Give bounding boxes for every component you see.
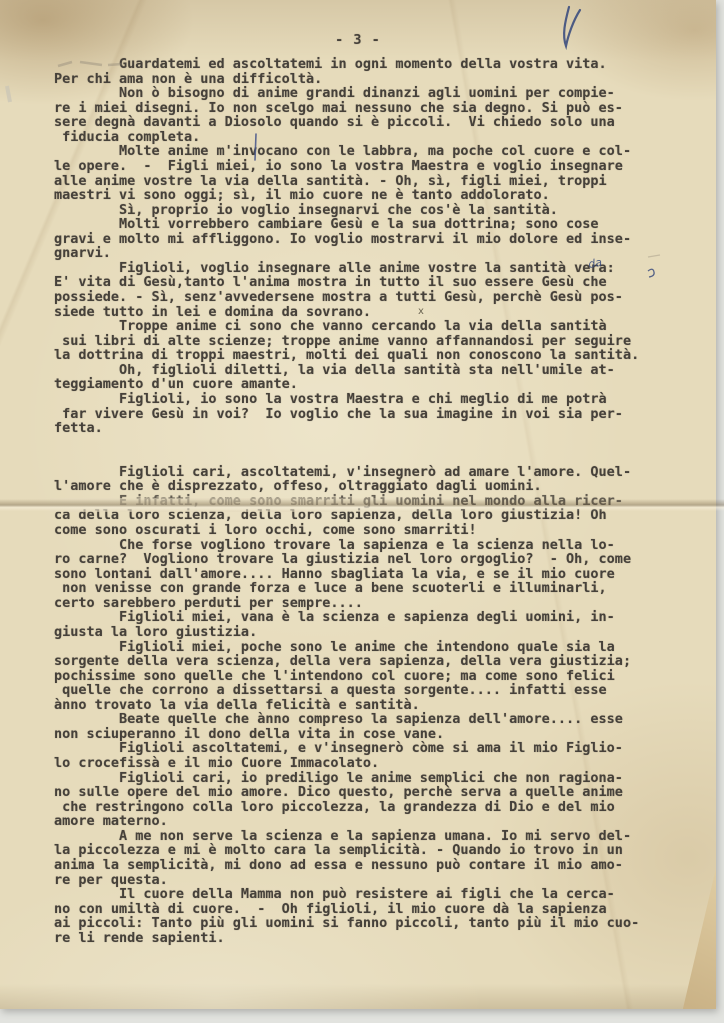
text-line: le opere. - Figli miei, io sono la vostr… — [54, 159, 694, 174]
text-line: non venisse con grande forza e luce a be… — [54, 581, 694, 596]
text-line: re per questa. — [54, 873, 694, 888]
text-line: Figlioli cari, io prediligo le anime sem… — [54, 771, 694, 786]
text-line: teggiamento d'un cuore amante. — [54, 377, 694, 392]
text-line: E' vita di Gesù,tanto l'anima mostra in … — [54, 275, 694, 290]
text-line: Figlioli ascoltatemi, e v'insegnerò còme… — [54, 741, 694, 756]
text-line: ai piccoli: Tanto più gli uomini si fann… — [54, 916, 694, 931]
text-line: la dottrina di troppi maestri, molti dei… — [54, 348, 694, 363]
text-line: sere degnà davanti a Diosolo quando si è… — [54, 115, 694, 130]
text-line: no sulle opere del mio amore. Dico quest… — [54, 785, 694, 800]
text-line: amore materno. — [54, 814, 694, 829]
text-line: giusta la loro giustizia. — [54, 625, 694, 640]
text-line: Figlioli miei, poche sono le anime che i… — [54, 640, 694, 655]
text-line: alle anime vostre la via della santità. … — [54, 174, 694, 189]
text-line: possiede. - Sì, senz'avvedersene mostra … — [54, 290, 694, 305]
text-line: far vivere Gesù in voi? Io voglio che la… — [54, 407, 694, 422]
text-line: Non ò bisogno di anime grandi dinanzi ag… — [54, 86, 694, 101]
text-line: Guardatemi ed ascoltatemi in ogni moment… — [54, 57, 694, 72]
text-line: re li rende sapienti. — [54, 931, 694, 946]
text-line: E infatti, come sono smarriti gli uomini… — [54, 494, 694, 509]
text-line: Molte anime m'invocano con le labbra, ma… — [54, 144, 694, 159]
text-line: Sì, proprio io voglio insegnarvi che cos… — [54, 203, 694, 218]
text-line: la piccolezza e mi è molto cara la sempl… — [54, 843, 694, 858]
text-line: no con umiltà di cuore. - Oh figlioli, i… — [54, 902, 694, 917]
text-line: maestri vi sono oggi; sì, il mio cuore n… — [54, 188, 694, 203]
text-line: quelle che corrono a dissettarsi a quest… — [54, 683, 694, 698]
text-line: come sono oscurati i loro occhi, come so… — [54, 523, 694, 538]
text-line: sorgente della vera scienza, della vera … — [54, 654, 694, 669]
text-line: Figlioli, io sono la vostra Maestra e ch… — [54, 392, 694, 407]
text-line: gnarvi. — [54, 246, 694, 261]
text-line: lo crocefissà e il mio Cuore Immacolato. — [54, 756, 694, 771]
text-line — [54, 450, 694, 465]
text-line: Che forse vogliono trovare la sapienza e… — [54, 538, 694, 553]
text-line — [54, 436, 694, 451]
text-line: Molti vorrebbero cambiare Gesù e la sua … — [54, 217, 694, 232]
text-line: Figlioli miei, vana è la scienza e sapie… — [54, 610, 694, 625]
typewritten-text: Guardatemi ed ascoltatemi in ogni moment… — [54, 57, 694, 945]
text-line: ca della loro scienza, della loro sapien… — [54, 508, 694, 523]
text-line: che restringono colla loro piccolezza, l… — [54, 800, 694, 815]
text-line: Beate quelle che ànno compreso la sapien… — [54, 712, 694, 727]
text-line: Troppe anime ci sono che vanno cercando … — [54, 319, 694, 334]
text-line: l'amore che è disprezzato, offeso, oltra… — [54, 479, 694, 494]
document-page: - 3 - Guardatemi ed ascoltatemi in ogni … — [0, 0, 716, 1009]
text-line: siede tutto in lei e domina da sovrano. — [54, 305, 694, 320]
text-line: gravi e molto mi affliggono. Io voglio m… — [54, 232, 694, 247]
text-line: anima la semplicità, mi dono ad essa e n… — [54, 858, 694, 873]
text-line: Il cuore della Mamma non può resistere a… — [54, 887, 694, 902]
text-line: pochissime sono quelle che l'intendono c… — [54, 669, 694, 684]
text-line: ro carne? Vogliono trovare la giustizia … — [54, 552, 694, 567]
text-line: fetta. — [54, 421, 694, 436]
page-number: - 3 - — [0, 33, 716, 48]
text-line: Per chi ama non è una difficoltà. — [54, 72, 694, 87]
